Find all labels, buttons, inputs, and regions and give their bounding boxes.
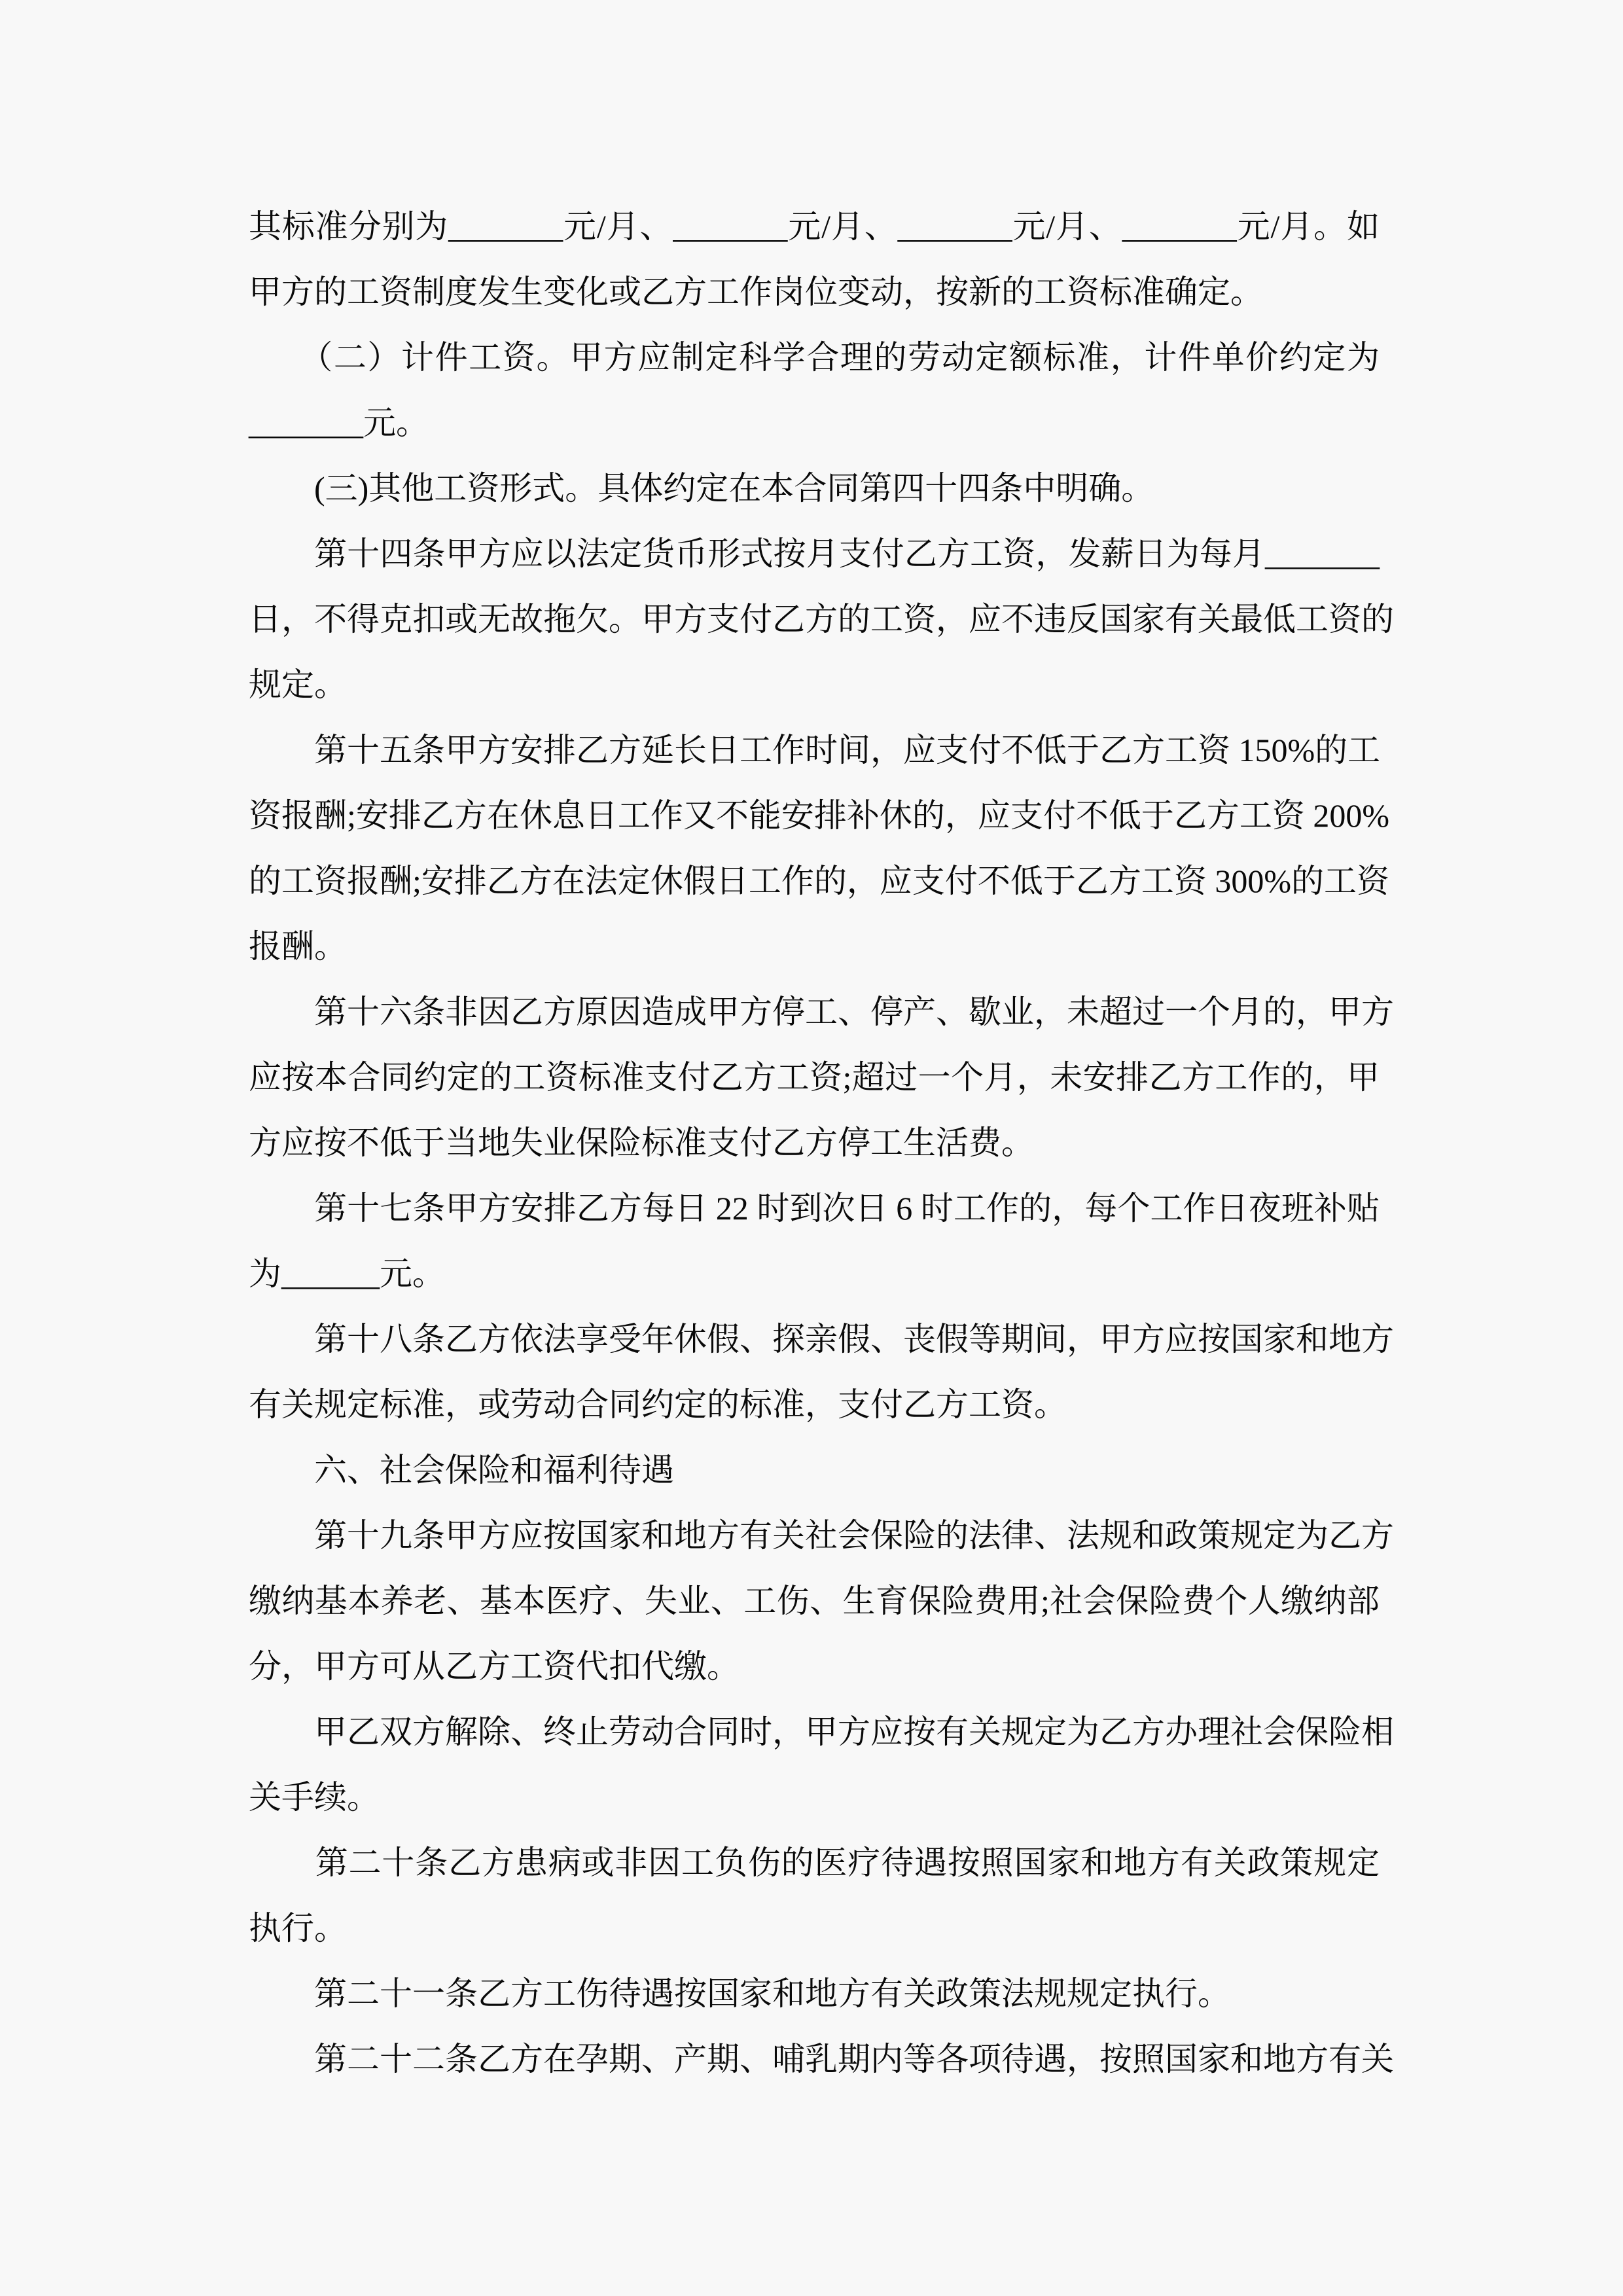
text-line: 方应按不低于当地失业保险标准支付乙方停工生活费。	[249, 1110, 1380, 1175]
text-line: 资报酬;安排乙方在休息日工作又不能安排补休的，应支付不低于乙方工资 200%	[249, 783, 1380, 848]
document-page: 其标准分别为_______元/月、_______元/月、_______元/月、_…	[0, 0, 1623, 2296]
contract-text-block: 其标准分别为_______元/月、_______元/月、_______元/月、_…	[249, 194, 1380, 2092]
text-line: 第二十条乙方患病或非因工负伤的医疗待遇按照国家和地方有关政策规定	[249, 1830, 1380, 1895]
text-line: 规定。	[249, 652, 1380, 717]
text-line: 日，不得克扣或无故拖欠。甲方支付乙方的工资，应不违反国家有关最低工资的	[249, 586, 1380, 652]
text-line: 第十七条甲方安排乙方每日 22 时到次日 6 时工作的，每个工作日夜班补贴	[249, 1175, 1380, 1241]
text-line: 的工资报酬;安排乙方在法定休假日工作的，应支付不低于乙方工资 300%的工资	[249, 848, 1380, 914]
text-line: 第十六条非因乙方原因造成甲方停工、停产、歇业，未超过一个月的，甲方	[249, 979, 1380, 1045]
text-line: 执行。	[249, 1895, 1380, 1961]
text-line: 甲方的工资制度发生变化或乙方工作岗位变动，按新的工资标准确定。	[249, 259, 1380, 325]
text-line: 关手续。	[249, 1765, 1380, 1830]
text-line: 甲乙双方解除、终止劳动合同时，甲方应按有关规定为乙方办理社会保险相	[249, 1699, 1380, 1765]
text-line: 分，甲方可从乙方工资代扣代缴。	[249, 1634, 1380, 1699]
text-line: 第十八条乙方依法享受年休假、探亲假、丧假等期间，甲方应按国家和地方	[249, 1306, 1380, 1372]
text-line: 第十九条甲方应按国家和地方有关社会保险的法律、法规和政策规定为乙方	[249, 1503, 1380, 1568]
text-line: 第十四条甲方应以法定货币形式按月支付乙方工资，发薪日为每月_______	[249, 521, 1380, 586]
text-line: 第二十一条乙方工伤待遇按国家和地方有关政策法规规定执行。	[249, 1961, 1380, 2026]
text-line: 第十五条甲方安排乙方延长日工作时间，应支付不低于乙方工资 150%的工	[249, 717, 1380, 783]
text-line: 第二十二条乙方在孕期、产期、哺乳期内等各项待遇，按照国家和地方有关	[249, 2026, 1380, 2092]
text-line: 应按本合同约定的工资标准支付乙方工资;超过一个月，未安排乙方工作的，甲	[249, 1045, 1380, 1110]
text-line: 有关规定标准，或劳动合同约定的标准，支付乙方工资。	[249, 1372, 1380, 1437]
section-heading: 六、社会保险和福利待遇	[249, 1437, 1380, 1503]
text-line: 缴纳基本养老、基本医疗、失业、工伤、生育保险费用;社会保险费个人缴纳部	[249, 1568, 1380, 1634]
text-line: 其标准分别为_______元/月、_______元/月、_______元/月、_…	[249, 194, 1380, 259]
text-line: （二）计件工资。甲方应制定科学合理的劳动定额标准，计件单价约定为	[249, 325, 1380, 390]
text-line: _______元。	[249, 390, 1380, 456]
text-line: 为______元。	[249, 1241, 1380, 1306]
text-line: 报酬。	[249, 914, 1380, 979]
text-line: (三)其他工资形式。具体约定在本合同第四十四条中明确。	[249, 456, 1380, 521]
